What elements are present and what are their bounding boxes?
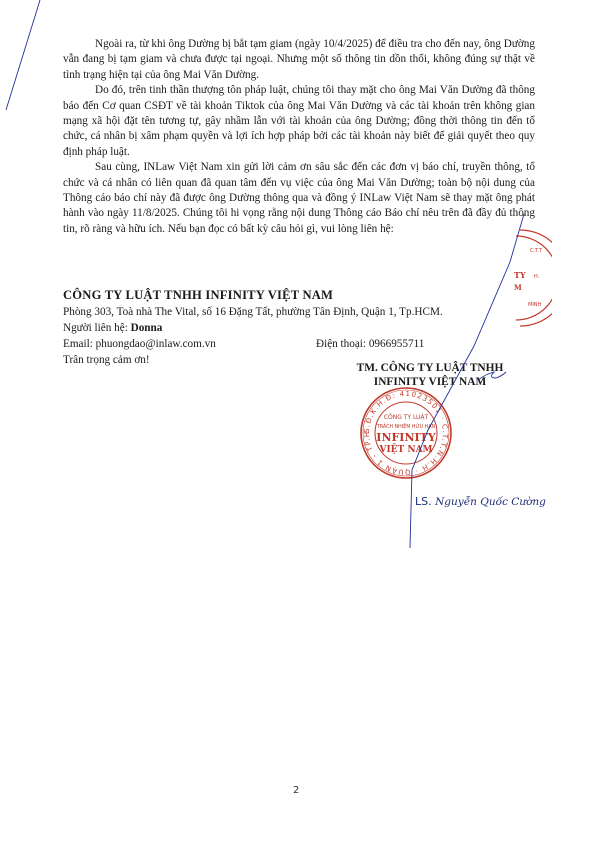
email-label: Email: [63,338,96,350]
contact-person-label: Người liên hệ: [63,322,131,334]
contact-phone: Điện thoại: 0966955711 [316,338,424,350]
phone-label: Điện thoại: [316,338,369,350]
svg-text:INFINITY: INFINITY [376,431,436,444]
document-page: Ngoài ra, từ khi ông Dường bị bắt tạm gi… [0,0,595,846]
svg-text:TRÁCH NHIỆM HỮU HẠN: TRÁCH NHIỆM HỮU HẠN [376,422,436,430]
signature-title-line1: TM. CÔNG TY LUẬT TNHH [330,362,530,374]
page-seal-icon: C.T.T H. MINH TY M [512,228,552,328]
company-stamp-icon: S.Đ.K.H.Đ: 41023501 · C.T.T.N.H.H · QUẬN… [358,385,454,481]
lawyer-prefix: LS. [415,495,432,508]
paragraph-tiktok-notice: Do đó, trên tinh thần thượng tôn pháp lu… [63,83,535,160]
email-link[interactable]: phuongdao@inlaw.com.vn [96,338,216,350]
contact-email: Email: phuongdao@inlaw.com.vn [63,338,216,350]
svg-text:C.T.T: C.T.T [530,248,543,254]
svg-text:MINH: MINH [528,302,542,308]
paragraph-thanks: Sau cùng, INLaw Việt Nam xin gửi lời cảm… [63,160,535,237]
contact-person: Người liên hệ: Donna [63,322,162,334]
lawyer-signature: LS. Nguyễn Quốc Cường [415,495,546,508]
svg-text:H.: H. [534,274,540,280]
phone-number: 0966955711 [369,338,425,350]
paragraph-detention-status: Ngoài ra, từ khi ông Dường bị bắt tạm gi… [63,37,535,83]
closing-remark: Trân trọng cảm ơn! [63,354,150,366]
svg-text:M: M [514,283,522,292]
svg-text:CÔNG TY LUẬT: CÔNG TY LUẬT [384,414,429,421]
company-address: Phòng 303, Toà nhà The Vital, số 16 Đặng… [63,306,443,318]
contact-person-name: Donna [131,322,163,334]
lawyer-name: Nguyễn Quốc Cường [435,496,546,508]
company-name: CÔNG TY LUẬT TNHH INFINITY VIỆT NAM [63,288,333,303]
body-text: Ngoài ra, từ khi ông Dường bị bắt tạm gi… [63,37,535,237]
svg-text:TY: TY [514,270,526,280]
svg-text:VIỆT NAM: VIỆT NAM [378,443,432,455]
page-number: 2 [293,785,299,796]
